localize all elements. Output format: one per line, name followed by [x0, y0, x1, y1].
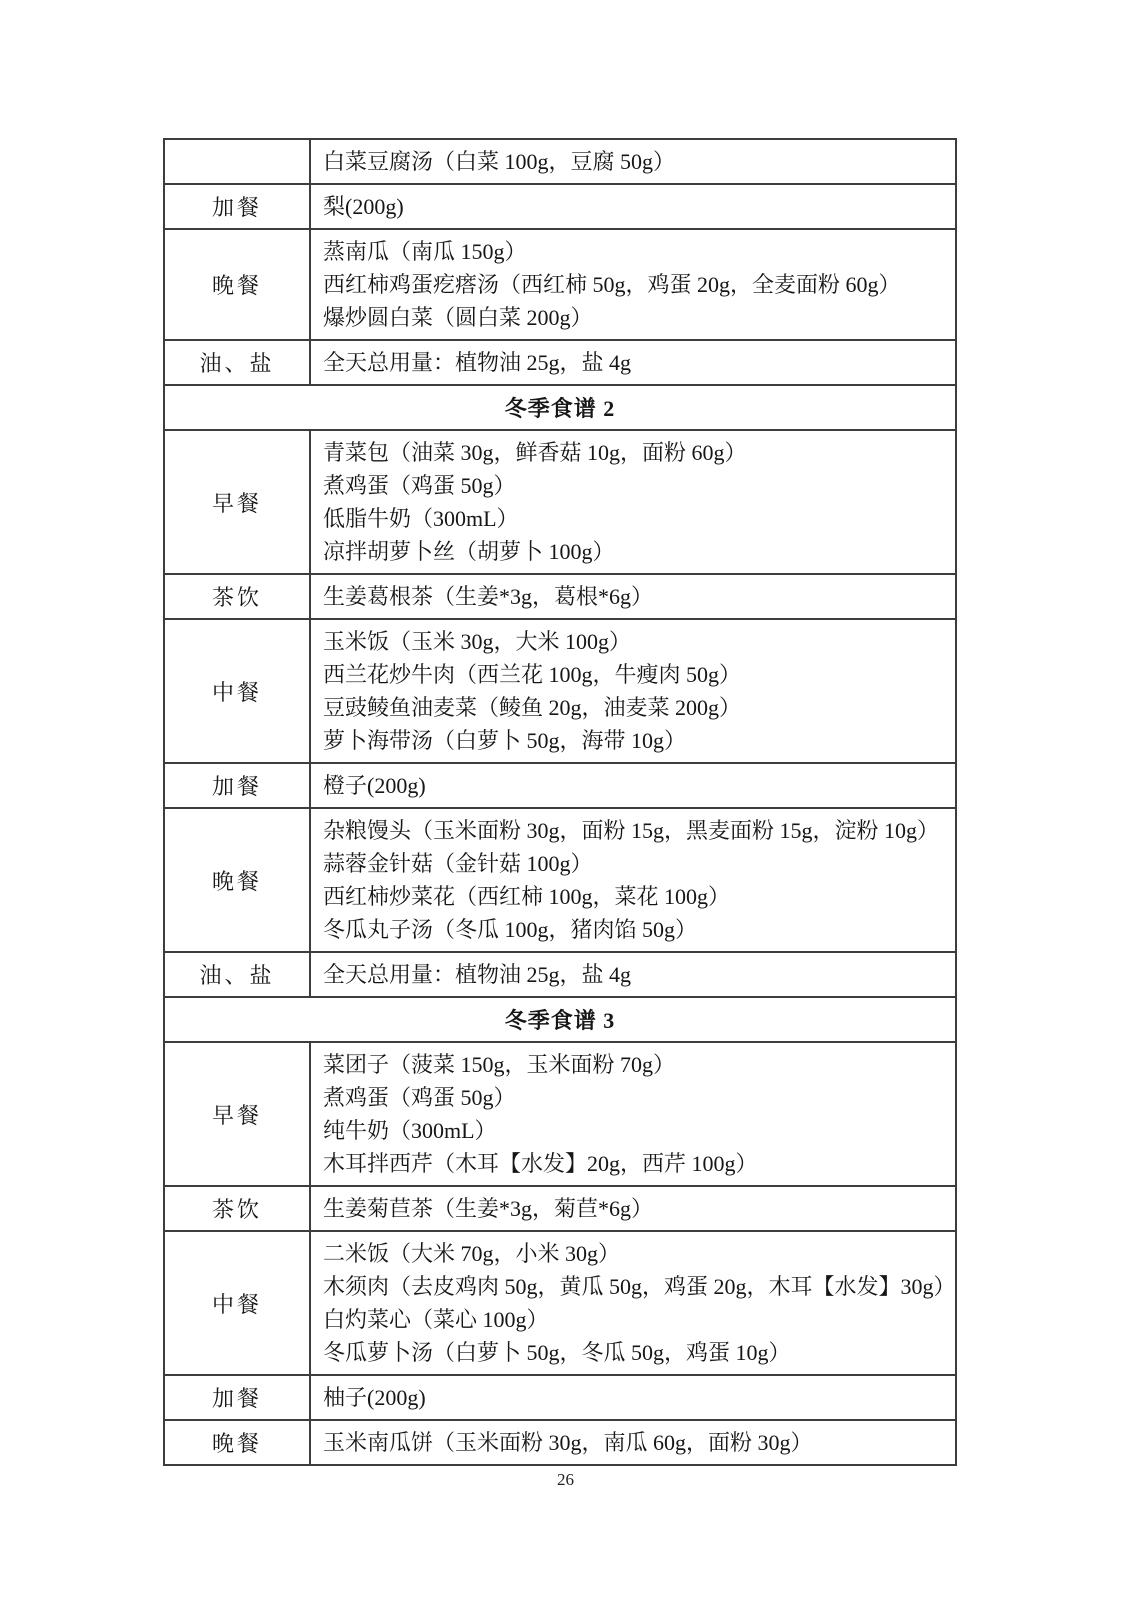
dish-line: 生姜葛根茶（生姜*3g，葛根*6g） [323, 580, 943, 613]
dish-line: 青菜包（油菜 30g，鲜香菇 10g，面粉 60g） [323, 436, 943, 469]
table-row: 加餐柚子(200g) [164, 1375, 956, 1420]
meal-content: 二米饭（大米 70g，小米 30g）木须肉（去皮鸡肉 50g，黄瓜 50g，鸡蛋… [310, 1231, 956, 1375]
meal-content: 玉米饭（玉米 30g，大米 100g）西兰花炒牛肉（西兰花 100g，牛瘦肉 5… [310, 619, 956, 763]
section-header-row: 冬季食谱 2 [164, 385, 956, 430]
meal-content: 玉米南瓜饼（玉米面粉 30g，南瓜 60g，面粉 30g） [310, 1420, 956, 1465]
dish-line: 蒸南瓜（南瓜 150g） [323, 235, 943, 268]
dish-line: 梨(200g) [323, 190, 943, 223]
dish-line: 白菜豆腐汤（白菜 100g，豆腐 50g） [323, 145, 943, 178]
table-row: 加餐梨(200g) [164, 184, 956, 229]
dish-line: 纯牛奶（300mL） [323, 1114, 943, 1147]
meal-label: 中餐 [164, 619, 310, 763]
dish-line: 全天总用量：植物油 25g，盐 4g [323, 346, 943, 379]
meal-label: 茶饮 [164, 1186, 310, 1231]
section-header-row: 冬季食谱 3 [164, 997, 956, 1042]
table-row: 晚餐杂粮馒头（玉米面粉 30g，面粉 15g，黑麦面粉 15g，淀粉 10g）蒜… [164, 808, 956, 952]
dish-line: 全天总用量：植物油 25g，盐 4g [323, 958, 943, 991]
dish-line: 菜团子（菠菜 150g，玉米面粉 70g） [323, 1048, 943, 1081]
meal-label: 加餐 [164, 184, 310, 229]
page-number: 26 [0, 1470, 1131, 1490]
meal-plan-table-container: 白菜豆腐汤（白菜 100g，豆腐 50g）加餐梨(200g)晚餐蒸南瓜（南瓜 1… [163, 138, 957, 1466]
meal-content: 全天总用量：植物油 25g，盐 4g [310, 952, 956, 997]
meal-label: 茶饮 [164, 574, 310, 619]
dish-line: 橙子(200g) [323, 769, 943, 802]
dish-line: 冬瓜丸子汤（冬瓜 100g，猪肉馅 50g） [323, 913, 943, 946]
meal-content: 白菜豆腐汤（白菜 100g，豆腐 50g） [310, 139, 956, 184]
table-row: 油、盐全天总用量：植物油 25g，盐 4g [164, 952, 956, 997]
section-title: 冬季食谱 2 [164, 385, 956, 430]
table-row: 油、盐全天总用量：植物油 25g，盐 4g [164, 340, 956, 385]
meal-label: 加餐 [164, 763, 310, 808]
dish-line: 凉拌胡萝卜丝（胡萝卜 100g） [323, 535, 943, 568]
table-row: 晚餐玉米南瓜饼（玉米面粉 30g，南瓜 60g，面粉 30g） [164, 1420, 956, 1465]
meal-content: 杂粮馒头（玉米面粉 30g，面粉 15g，黑麦面粉 15g，淀粉 10g）蒜蓉金… [310, 808, 956, 952]
meal-content: 全天总用量：植物油 25g，盐 4g [310, 340, 956, 385]
dish-line: 低脂牛奶（300mL） [323, 502, 943, 535]
table-row: 加餐橙子(200g) [164, 763, 956, 808]
meal-content: 梨(200g) [310, 184, 956, 229]
meal-content: 橙子(200g) [310, 763, 956, 808]
dish-line: 煮鸡蛋（鸡蛋 50g） [323, 1081, 943, 1114]
meal-label: 晚餐 [164, 808, 310, 952]
dish-line: 冬瓜萝卜汤（白萝卜 50g，冬瓜 50g，鸡蛋 10g） [323, 1336, 943, 1369]
dish-line: 木耳拌西芹（木耳【水发】20g，西芹 100g） [323, 1147, 943, 1180]
table-row: 早餐菜团子（菠菜 150g，玉米面粉 70g）煮鸡蛋（鸡蛋 50g）纯牛奶（30… [164, 1042, 956, 1186]
dish-line: 玉米饭（玉米 30g，大米 100g） [323, 625, 943, 658]
meal-label: 晚餐 [164, 1420, 310, 1465]
dish-line: 柚子(200g) [323, 1381, 943, 1414]
dish-line: 西兰花炒牛肉（西兰花 100g，牛瘦肉 50g） [323, 658, 943, 691]
dish-line: 木须肉（去皮鸡肉 50g，黄瓜 50g，鸡蛋 20g，木耳【水发】30g） [323, 1270, 943, 1303]
dish-line: 爆炒圆白菜（圆白菜 200g） [323, 301, 943, 334]
meal-content: 生姜葛根茶（生姜*3g，葛根*6g） [310, 574, 956, 619]
meal-label: 中餐 [164, 1231, 310, 1375]
table-row: 中餐玉米饭（玉米 30g，大米 100g）西兰花炒牛肉（西兰花 100g，牛瘦肉… [164, 619, 956, 763]
meal-label [164, 139, 310, 184]
meal-plan-table: 白菜豆腐汤（白菜 100g，豆腐 50g）加餐梨(200g)晚餐蒸南瓜（南瓜 1… [163, 138, 957, 1466]
table-row: 晚餐蒸南瓜（南瓜 150g）西红柿鸡蛋疙瘩汤（西红柿 50g，鸡蛋 20g，全麦… [164, 229, 956, 340]
dish-line: 西红柿炒菜花（西红柿 100g，菜花 100g） [323, 880, 943, 913]
dish-line: 煮鸡蛋（鸡蛋 50g） [323, 469, 943, 502]
meal-label: 早餐 [164, 430, 310, 574]
dish-line: 萝卜海带汤（白萝卜 50g，海带 10g） [323, 724, 943, 757]
dish-line: 杂粮馒头（玉米面粉 30g，面粉 15g，黑麦面粉 15g，淀粉 10g） [323, 814, 943, 847]
table-row: 中餐二米饭（大米 70g，小米 30g）木须肉（去皮鸡肉 50g，黄瓜 50g，… [164, 1231, 956, 1375]
table-row: 早餐青菜包（油菜 30g，鲜香菇 10g，面粉 60g）煮鸡蛋（鸡蛋 50g）低… [164, 430, 956, 574]
dish-line: 豆豉鲮鱼油麦菜（鲮鱼 20g，油麦菜 200g） [323, 691, 943, 724]
meal-label: 油、盐 [164, 952, 310, 997]
section-title: 冬季食谱 3 [164, 997, 956, 1042]
meal-label: 油、盐 [164, 340, 310, 385]
meal-content: 青菜包（油菜 30g，鲜香菇 10g，面粉 60g）煮鸡蛋（鸡蛋 50g）低脂牛… [310, 430, 956, 574]
menu-table-body: 白菜豆腐汤（白菜 100g，豆腐 50g）加餐梨(200g)晚餐蒸南瓜（南瓜 1… [164, 139, 956, 1465]
table-row: 茶饮生姜菊苣茶（生姜*3g，菊苣*6g） [164, 1186, 956, 1231]
dish-line: 西红柿鸡蛋疙瘩汤（西红柿 50g，鸡蛋 20g，全麦面粉 60g） [323, 268, 943, 301]
dish-line: 蒜蓉金针菇（金针菇 100g） [323, 847, 943, 880]
meal-content: 生姜菊苣茶（生姜*3g，菊苣*6g） [310, 1186, 956, 1231]
meal-content: 菜团子（菠菜 150g，玉米面粉 70g）煮鸡蛋（鸡蛋 50g）纯牛奶（300m… [310, 1042, 956, 1186]
meal-label: 加餐 [164, 1375, 310, 1420]
meal-label: 晚餐 [164, 229, 310, 340]
meal-content: 蒸南瓜（南瓜 150g）西红柿鸡蛋疙瘩汤（西红柿 50g，鸡蛋 20g，全麦面粉… [310, 229, 956, 340]
dish-line: 二米饭（大米 70g，小米 30g） [323, 1237, 943, 1270]
dish-line: 玉米南瓜饼（玉米面粉 30g，南瓜 60g，面粉 30g） [323, 1426, 943, 1459]
table-row: 白菜豆腐汤（白菜 100g，豆腐 50g） [164, 139, 956, 184]
table-row: 茶饮生姜葛根茶（生姜*3g，葛根*6g） [164, 574, 956, 619]
meal-content: 柚子(200g) [310, 1375, 956, 1420]
meal-label: 早餐 [164, 1042, 310, 1186]
dish-line: 生姜菊苣茶（生姜*3g，菊苣*6g） [323, 1192, 943, 1225]
dish-line: 白灼菜心（菜心 100g） [323, 1303, 943, 1336]
